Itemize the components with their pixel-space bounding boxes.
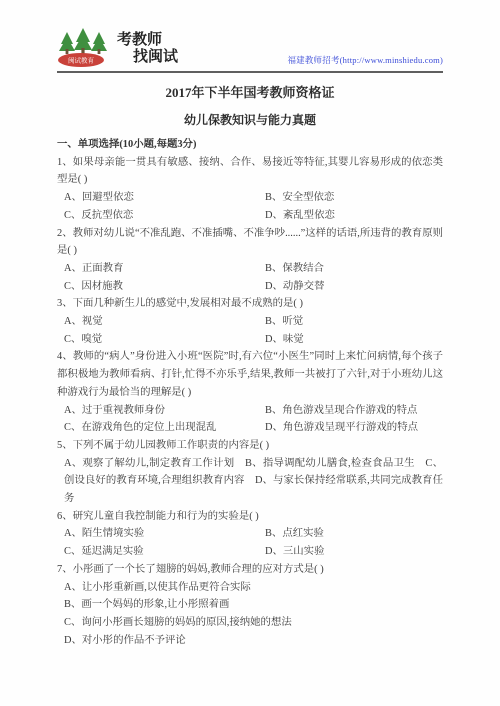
question-block: 4、教师的“病人”身份进入小班“医院”时,有六位“小医生”同时上来忙问病情,每个…: [57, 348, 443, 437]
question-stem: 7、小彤画了一个长了翅膀的妈妈,教师合理的应对方式是( ): [57, 561, 443, 579]
option: A、过于重视教师身份: [64, 402, 265, 420]
section-header: 一、单项选择(10小题,每题3分): [57, 136, 443, 154]
option: B、点红实验: [265, 525, 443, 543]
option: A、正面教育: [64, 260, 265, 278]
page-title: 2017年下半年国考教师资格证: [0, 82, 500, 101]
site-link: 福建教师招考(http://www.minshiedu.com): [287, 54, 443, 68]
question-block: 6、研究儿童自我控制能力和行为的实验是( ) A、陌生情境实验B、点红实验C、延…: [57, 508, 443, 561]
trees-logo-icon: 闽试教育: [57, 26, 109, 68]
question-block: 1、如果母亲能一贯具有敏感、接纳、合作、易接近等特征,其婴儿容易形成的依恋类型是…: [57, 154, 443, 225]
page-subtitle: 幼儿保教知识与能力真题: [0, 111, 500, 128]
option: C、延迟满足实验: [64, 543, 265, 561]
question-block: 7、小彤画了一个长了翅膀的妈妈,教师合理的应对方式是( ) A、让小彤重新画,以…: [57, 561, 443, 650]
option: C、反抗型依恋: [64, 207, 265, 225]
question-options: A、正面教育B、保教结合C、因材施教D、动静交替: [57, 260, 443, 295]
option: D、对小彤的作品不予评论: [64, 632, 443, 650]
logo-oval-text: 闽试教育: [68, 56, 95, 65]
option: B、角色游戏呈现合作游戏的特点: [265, 402, 443, 420]
option: A、回避型依恋: [64, 189, 265, 207]
option: B、画一个妈妈的形象,让小彤照着画: [64, 596, 443, 614]
option: C、询问小彤画长翅膀的妈妈的原因,接纳她的想法: [64, 614, 443, 632]
question-stem: 5、下列不属于幼儿园教师工作职责的内容是( ): [57, 437, 443, 455]
option: D、动静交替: [265, 278, 443, 296]
option: D、味觉: [265, 331, 443, 349]
option: B、听觉: [265, 313, 443, 331]
option: A、观察了解幼儿,制定教育工作计划 B、指导调配幼儿膳食,检查食品卫生 C、创设…: [64, 455, 443, 508]
question-options: A、回避型依恋B、安全型依恋C、反抗型依恋D、紊乱型依恋: [57, 189, 443, 224]
brand-slogan-line2: 找闽试: [117, 49, 178, 66]
question-stem: 1、如果母亲能一贯具有敏感、接纳、合作、易接近等特征,其婴儿容易形成的依恋类型是…: [57, 154, 443, 189]
option: C、嗅觉: [64, 331, 265, 349]
page-header: 闽试教育 考教师 找闽试 福建教师招考(http://www.minshiedu…: [0, 0, 500, 73]
question-options: A、过于重视教师身份B、角色游戏呈现合作游戏的特点C、在游戏角色的定位上出现混乱…: [57, 402, 443, 437]
option: B、保教结合: [265, 260, 443, 278]
question-options: A、让小彤重新画,以使其作品更符合实际B、画一个妈妈的形象,让小彤照着画C、询问…: [57, 579, 443, 650]
option: A、让小彤重新画,以使其作品更符合实际: [64, 579, 443, 597]
question-block: 2、教师对幼儿说“不准乱跑、不准插嘴、不准争吵......”这样的话语,所违背的…: [57, 225, 443, 296]
option: A、陌生情境实验: [64, 525, 265, 543]
option: B、安全型依恋: [265, 189, 443, 207]
brand-slogan-line1: 考教师: [117, 32, 178, 49]
question-stem: 3、下面几种新生儿的感觉中,发展相对最不成熟的是( ): [57, 295, 443, 313]
option: A、视觉: [64, 313, 265, 331]
brand-logo: 闽试教育 考教师 找闽试: [57, 26, 178, 68]
exam-content: 一、单项选择(10小题,每题3分) 1、如果母亲能一贯具有敏感、接纳、合作、易接…: [0, 136, 500, 649]
question-options: A、陌生情境实验B、点红实验C、延迟满足实验D、三山实验: [57, 525, 443, 560]
option: D、三山实验: [265, 543, 443, 561]
option: C、在游戏角色的定位上出现混乱: [64, 419, 265, 437]
question-stem: 4、教师的“病人”身份进入小班“医院”时,有六位“小医生”同时上来忙问病情,每个…: [57, 348, 443, 401]
questions: 1、如果母亲能一贯具有敏感、接纳、合作、易接近等特征,其婴儿容易形成的依恋类型是…: [57, 154, 443, 650]
question-stem: 2、教师对幼儿说“不准乱跑、不准插嘴、不准争吵......”这样的话语,所违背的…: [57, 225, 443, 260]
document-page: 闽试教育 考教师 找闽试 福建教师招考(http://www.minshiedu…: [0, 0, 500, 706]
option: D、角色游戏呈现平行游戏的特点: [265, 419, 443, 437]
question-stem: 6、研究儿童自我控制能力和行为的实验是( ): [57, 508, 443, 526]
brand-slogan: 考教师 找闽试: [117, 32, 178, 69]
question-block: 3、下面几种新生儿的感觉中,发展相对最不成熟的是( ) A、视觉B、听觉C、嗅觉…: [57, 295, 443, 348]
header-bar: 闽试教育 考教师 找闽试 福建教师招考(http://www.minshiedu…: [57, 26, 443, 73]
option: D、紊乱型依恋: [265, 207, 443, 225]
question-block: 5、下列不属于幼儿园教师工作职责的内容是( ) A、观察了解幼儿,制定教育工作计…: [57, 437, 443, 508]
question-options: A、视觉B、听觉C、嗅觉D、味觉: [57, 313, 443, 348]
option: C、因材施教: [64, 278, 265, 296]
question-options: A、观察了解幼儿,制定教育工作计划 B、指导调配幼儿膳食,检查食品卫生 C、创设…: [57, 455, 443, 508]
